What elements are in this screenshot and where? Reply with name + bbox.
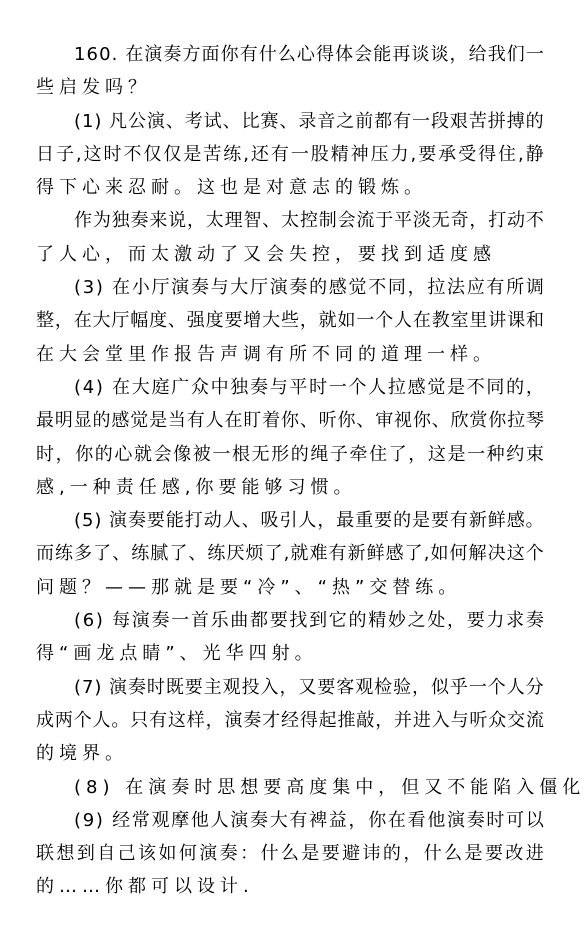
paragraph-9-line-1: (9) 经常观摩他人演奏大有裨益，你在看他演奏时可以: [36, 804, 544, 837]
paragraph-1-line-1: (1) 凡公演、考试、比赛、录音之前都有一段艰苦拼搏的: [36, 105, 544, 138]
paragraph-7-line-1: (7) 演奏时既要主观投入，又要客观检验，似乎一个人分: [36, 671, 544, 704]
paragraph-7-line-3: 的境界。: [36, 737, 544, 770]
paragraph-3-line-2: 整，在大厅幅度、强度要增大些，就如一个人在教室里讲课和: [36, 304, 544, 337]
paragraph-3-line-1: (3) 在小厅演奏与大厅演奏的感觉不同，拉法应有所调: [36, 271, 544, 304]
paragraph-2-line-2: 了人心，而太激动了又会失控，要找到适度感: [36, 238, 544, 271]
question-line-1: 160. 在演奏方面你有什么心得体会能再谈谈，给我们一: [36, 38, 544, 71]
paragraph-6-line-2: 得“画龙点睛”、光华四射。: [36, 637, 544, 670]
paragraph-6-line-1: (6) 每演奏一首乐曲都要找到它的精妙之处，要力求奏: [36, 604, 544, 637]
paragraph-3-line-3: 在大会堂里作报告声调有所不同的道理一样。: [36, 338, 544, 371]
paragraph-5-line-1: (5) 演奏要能打动人、吸引人，最重要的是要有新鲜感。: [36, 504, 544, 537]
paragraph-1-line-3: 得下心来忍耐。这也是对意志的锻炼。: [36, 171, 544, 204]
paragraph-4-line-3: 时，你的心就会像被一根无形的绳子牵住了，这是一种约束: [36, 438, 544, 471]
paragraph-4-line-4: 感,一种责任感,你要能够习惯。: [36, 471, 544, 504]
question-line-2: 些启发吗？: [36, 71, 544, 104]
paragraph-5-line-3: 问题？——那就是要“冷”、“热”交替练。: [36, 571, 544, 604]
document-page: 160. 在演奏方面你有什么心得体会能再谈谈，给我们一 些启发吗？ (1) 凡公…: [36, 38, 544, 904]
paragraph-4-line-2: 最明显的感觉是当有人在盯着你、听你、审视你、欣赏你拉琴: [36, 404, 544, 437]
paragraph-9-line-2: 联想到自己该如何演奏：什么是要避讳的，什么是要改进: [36, 837, 544, 870]
paragraph-7-line-2: 成两个人。只有这样，演奏才经得起推敲，并进入与听众交流: [36, 704, 544, 737]
paragraph-2-line-1: 作为独奏来说，太理智、太控制会流于平淡无奇，打动不: [36, 204, 544, 237]
paragraph-8-line-1: (8) 在演奏时思想要高度集中，但又不能陷入僵化状态。: [36, 771, 544, 804]
paragraph-9-line-3: 的……你都可以设计.: [36, 870, 544, 903]
paragraph-5-line-2: 而练多了、练腻了、练厌烦了,就难有新鲜感了,如何解决这个: [36, 537, 544, 570]
paragraph-1-line-2: 日子,这时不仅仅是苦练,还有一股精神压力,要承受得住,静: [36, 138, 544, 171]
paragraph-4-line-1: (4) 在大庭广众中独奏与平时一个人拉感觉是不同的，: [36, 371, 544, 404]
